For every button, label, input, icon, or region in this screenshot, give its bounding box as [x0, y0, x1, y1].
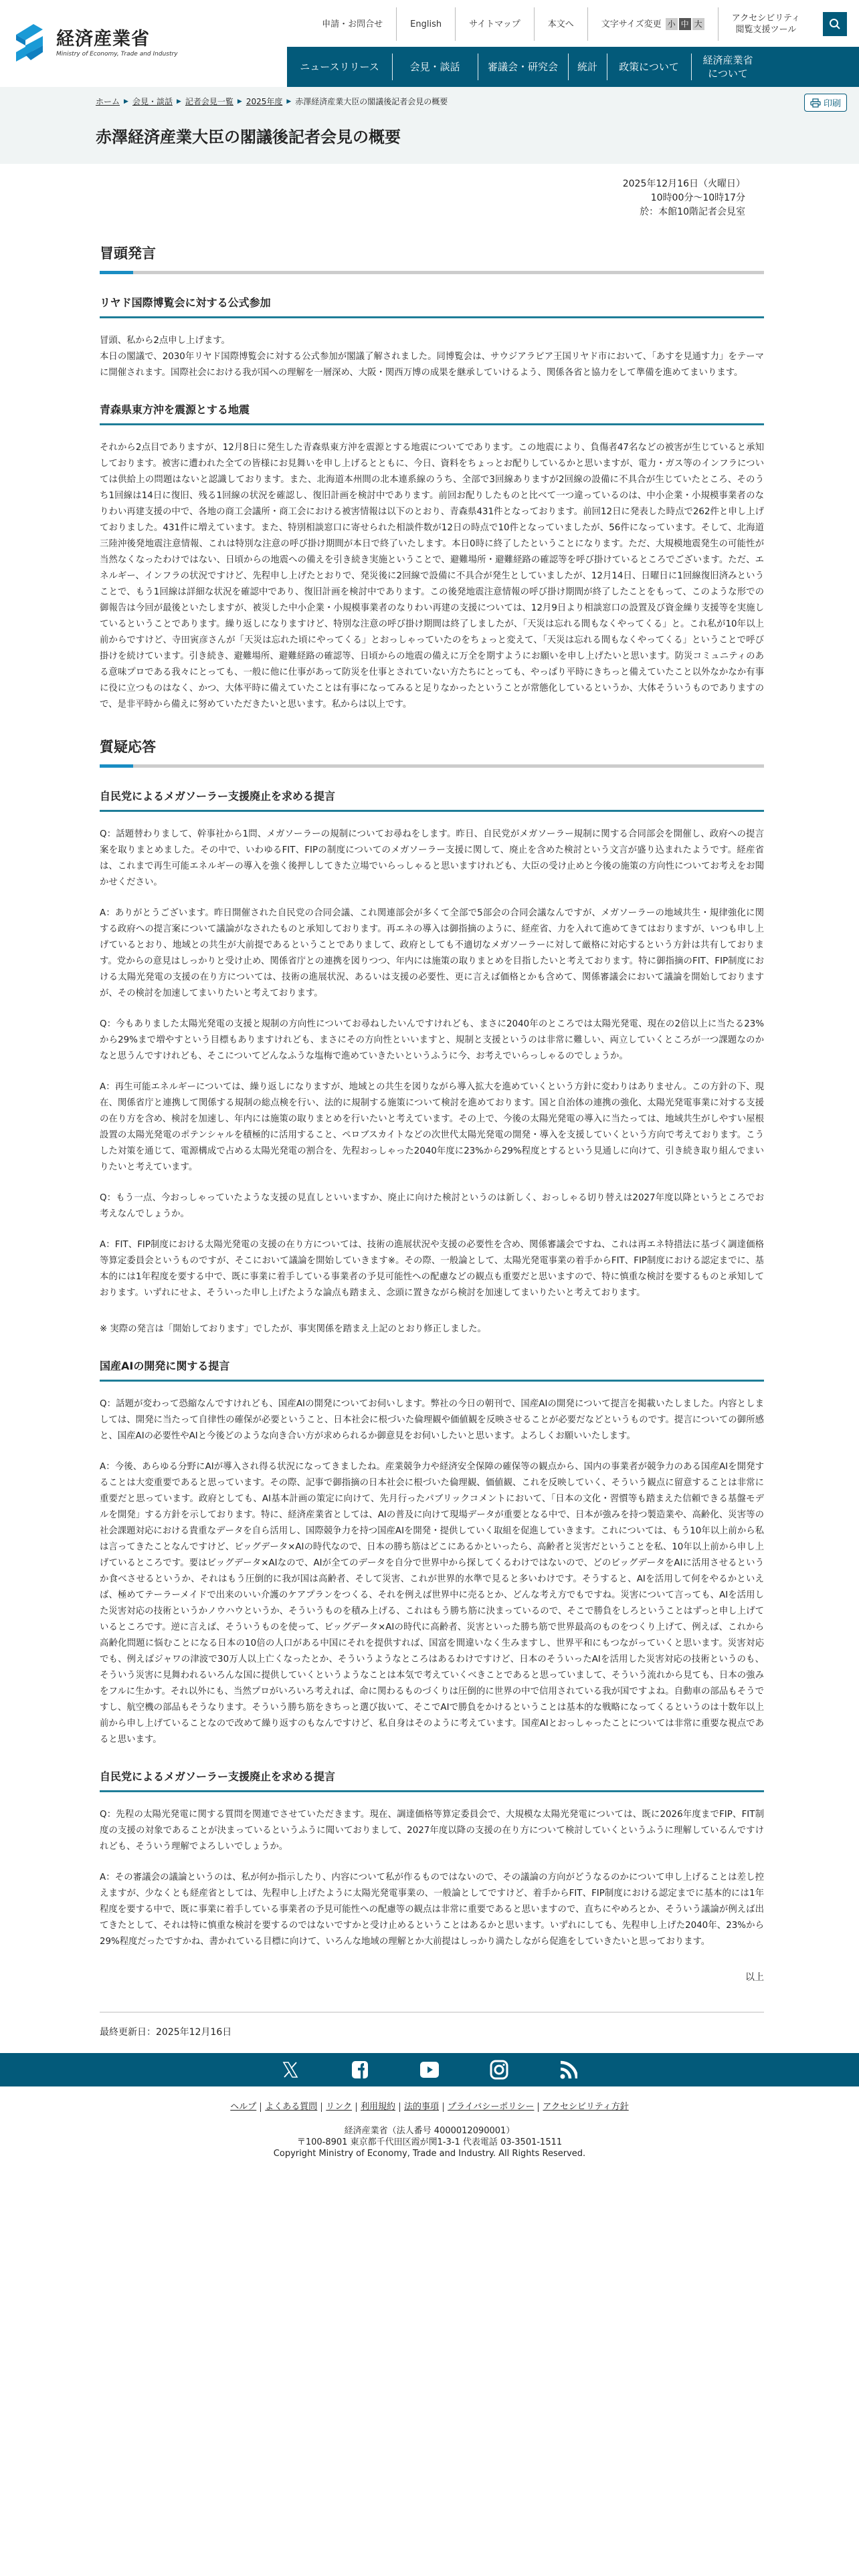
section-heading-opening: 冒頭発言 [100, 243, 764, 274]
nav-councils[interactable]: 審議会・研究会 [478, 47, 568, 87]
section-heading-qa: 質疑応答 [100, 736, 764, 768]
footer-info: 経済産業省（法人番号 4000012090001） 〒100-8901 東京都千… [0, 2125, 859, 2159]
footer-link-faq[interactable]: よくある質問 [260, 2103, 321, 2112]
printer-icon [810, 98, 821, 108]
topic-heading: 国産AIの開発に関する提言 [100, 1358, 764, 1382]
instagram-icon [490, 2060, 508, 2080]
rss-link[interactable] [545, 2060, 592, 2079]
font-size-large-button[interactable]: 大 [692, 18, 704, 30]
paragraph: それから2点目でありますが、12月8日に発生した青森県東方沖を震源とする地震につ… [100, 440, 764, 713]
last-updated: 最終更新日：2025年12月16日 [100, 2025, 764, 2053]
question-paragraph: Q：今もありました太陽光発電の支援と規制の方向性についてお尋ねしたいんですけれど… [100, 1016, 764, 1065]
nav-statistics[interactable]: 統計 [568, 47, 607, 87]
rss-icon [560, 2060, 577, 2079]
breadcrumb-conference-list[interactable]: 記者会見一覧 [185, 96, 233, 107]
logo-japanese: 経済産業省 [56, 29, 178, 49]
meti-logo-icon [11, 23, 48, 64]
social-links [0, 2053, 859, 2086]
answer-paragraph: A：その審議会の議論というのは、私が何か指示したり、内容について私が作るものでは… [100, 1870, 764, 1950]
footer-link-help[interactable]: ヘルプ [226, 2103, 260, 2112]
print-button[interactable]: 印刷 [804, 94, 847, 112]
conference-time: 10時00分～10時17分 [100, 191, 745, 205]
question-paragraph: Q：先程の太陽光発電に関する質問を関連でさせていただきます。現在、調達価格等算定… [100, 1807, 764, 1855]
breadcrumb-arrow-icon: ▶ [286, 98, 291, 105]
footer-org: 経済産業省（法人番号 4000012090001） [0, 2125, 859, 2137]
accessibility-tool-link[interactable]: アクセシビリティ 閲覧支援ツール [718, 7, 814, 41]
topic-heading: 青森県東方沖を震源とする地震 [100, 401, 764, 425]
search-icon [829, 18, 841, 30]
accessibility-line2: 閲覧支援ツール [735, 24, 796, 35]
answer-paragraph: A：今後、あらゆる分野にAIが導入され得る状況になってきましたね。産業競争力や経… [100, 1459, 764, 1748]
apply-contact-link[interactable]: 申請・お問合せ [322, 7, 396, 41]
divider [100, 2012, 764, 2013]
font-size-switcher: 文字サイズ変更 小 中 大 [587, 7, 718, 41]
meti-logo[interactable]: 経済産業省 Ministry of Economy, Trade and Ind… [11, 23, 178, 64]
nav-press-conference[interactable]: 会見・談話 [392, 47, 478, 87]
youtube-link[interactable] [406, 2061, 453, 2078]
breadcrumb-current: 赤澤経済産業大臣の閣議後記者会見の概要 [295, 96, 448, 107]
page-title: 赤澤経済産業大臣の閣議後記者会見の概要 [96, 124, 401, 147]
correction-note: ※ 実際の発言は「開始しております」でしたが、事実関係を踏まえ上記のとおり修正し… [100, 1321, 764, 1337]
site-footer: ヘルプ よくある質問 リンク 利用規約 法的事項 プライバシーポリシー アクセシ… [0, 2053, 859, 2440]
footer-link-accessibility[interactable]: アクセシビリティ方針 [538, 2103, 632, 2112]
search-button[interactable] [823, 12, 847, 36]
page-title-area: ホーム ▶ 会見・談話 ▶ 記者会見一覧 ▶ 2025年度 ▶ 赤澤経済産業大臣… [0, 87, 859, 164]
topic-heading: リヤド国際博覧会に対する公式参加 [100, 294, 764, 318]
conference-meta: 2025年12月16日（火曜日） 10時00分～10時17分 於：本館10階記者… [100, 177, 764, 219]
paragraph: 本日の閣議で、2030年リヤド国際博覧会に対する公式参加が閣議了解されました。同… [100, 349, 764, 381]
answer-paragraph: A：ありがとうございます。昨日開催された自民党の合同会議、これ関連部会が多くて全… [100, 905, 764, 1002]
main-navigation: ニュースリリース 会見・談話 審議会・研究会 統計 政策について 経済産業省 に… [287, 47, 859, 87]
closing-mark: 以上 [100, 1970, 764, 1983]
x-link[interactable] [267, 2061, 314, 2078]
instagram-link[interactable] [476, 2060, 522, 2080]
utility-bar: 申請・お問合せ English サイトマップ 本文へ 文字サイズ変更 小 中 大… [322, 7, 847, 41]
answer-paragraph: A：FIT、FIP制度における太陽光発電の支援の在り方については、技術の進展状況… [100, 1237, 764, 1301]
conference-date: 2025年12月16日（火曜日） [100, 177, 745, 191]
footer-link-terms[interactable]: 利用規約 [356, 2103, 399, 2112]
topic-heading: 自民党によるメガソーラー支援廃止を求める提言 [100, 1768, 764, 1792]
footer-links: ヘルプ よくある質問 リンク 利用規約 法的事項 プライバシーポリシー アクセシ… [0, 2103, 859, 2112]
conference-place: 於：本館10階記者会見室 [100, 205, 745, 219]
skip-to-content-link[interactable]: 本文へ [534, 7, 587, 41]
question-paragraph: Q：話題が変わって恐縮なんですけれども、国産AIの開発についてお伺いします。弊社… [100, 1396, 764, 1444]
accessibility-line1: アクセシビリティ [732, 13, 800, 24]
footer-copyright: Copyright Ministry of Economy, Trade and… [0, 2148, 859, 2159]
youtube-icon [419, 2061, 440, 2078]
breadcrumb: ホーム ▶ 会見・談話 ▶ 記者会見一覧 ▶ 2025年度 ▶ 赤澤経済産業大臣… [96, 96, 448, 107]
footer-link-legal[interactable]: 法的事項 [399, 2103, 443, 2112]
answer-paragraph: A：再生可能エネルギーについては、繰り返しになりますが、地域との共生を図りながら… [100, 1079, 764, 1176]
breadcrumb-arrow-icon: ▶ [124, 98, 128, 105]
breadcrumb-home[interactable]: ホーム [96, 96, 120, 107]
x-icon [282, 2061, 299, 2078]
nav-about-line2: について [708, 67, 748, 80]
nav-about-meti[interactable]: 経済産業省 について [691, 47, 765, 87]
footer-link-links[interactable]: リンク [321, 2103, 356, 2112]
main-content: 2025年12月16日（火曜日） 10時00分～10時17分 於：本館10階記者… [95, 177, 764, 2053]
logo-english: Ministry of Economy, Trade and Industry [56, 51, 178, 58]
footer-link-privacy[interactable]: プライバシーポリシー [443, 2103, 538, 2112]
english-link[interactable]: English [396, 7, 455, 41]
nav-about-line1: 経済産業省 [702, 53, 753, 67]
facebook-link[interactable] [337, 2060, 383, 2079]
font-size-medium-button[interactable]: 中 [679, 18, 691, 30]
print-label: 印刷 [824, 96, 841, 109]
footer-blank-space [0, 2159, 859, 2440]
paragraph: 冒頭、私から2点申し上げます。 [100, 333, 764, 349]
breadcrumb-press[interactable]: 会見・談話 [132, 96, 173, 107]
question-paragraph: Q：話題替わりまして、幹事社から1問、メガソーラーの規制についてお尋ねをします。… [100, 827, 764, 891]
breadcrumb-fiscal-year[interactable]: 2025年度 [246, 96, 283, 107]
font-size-small-button[interactable]: 小 [666, 18, 678, 30]
footer-address: 〒100-8901 東京都千代田区霞が関1-3-1 代表電話 03-3501-1… [0, 2137, 859, 2148]
nav-policies[interactable]: 政策について [607, 47, 691, 87]
nav-news-release[interactable]: ニュースリリース [287, 47, 392, 87]
breadcrumb-arrow-icon: ▶ [177, 98, 181, 105]
font-size-label: 文字サイズ変更 [601, 19, 662, 30]
breadcrumb-arrow-icon: ▶ [237, 98, 242, 105]
sitemap-link[interactable]: サイトマップ [455, 7, 534, 41]
topic-heading: 自民党によるメガソーラー支援廃止を求める提言 [100, 788, 764, 812]
facebook-icon [351, 2060, 369, 2079]
question-paragraph: Q：もう一点、今おっしゃっていたような支援の見直しといいますか、廃止に向けた検討… [100, 1190, 764, 1222]
site-header: 経済産業省 Ministry of Economy, Trade and Ind… [0, 0, 859, 87]
